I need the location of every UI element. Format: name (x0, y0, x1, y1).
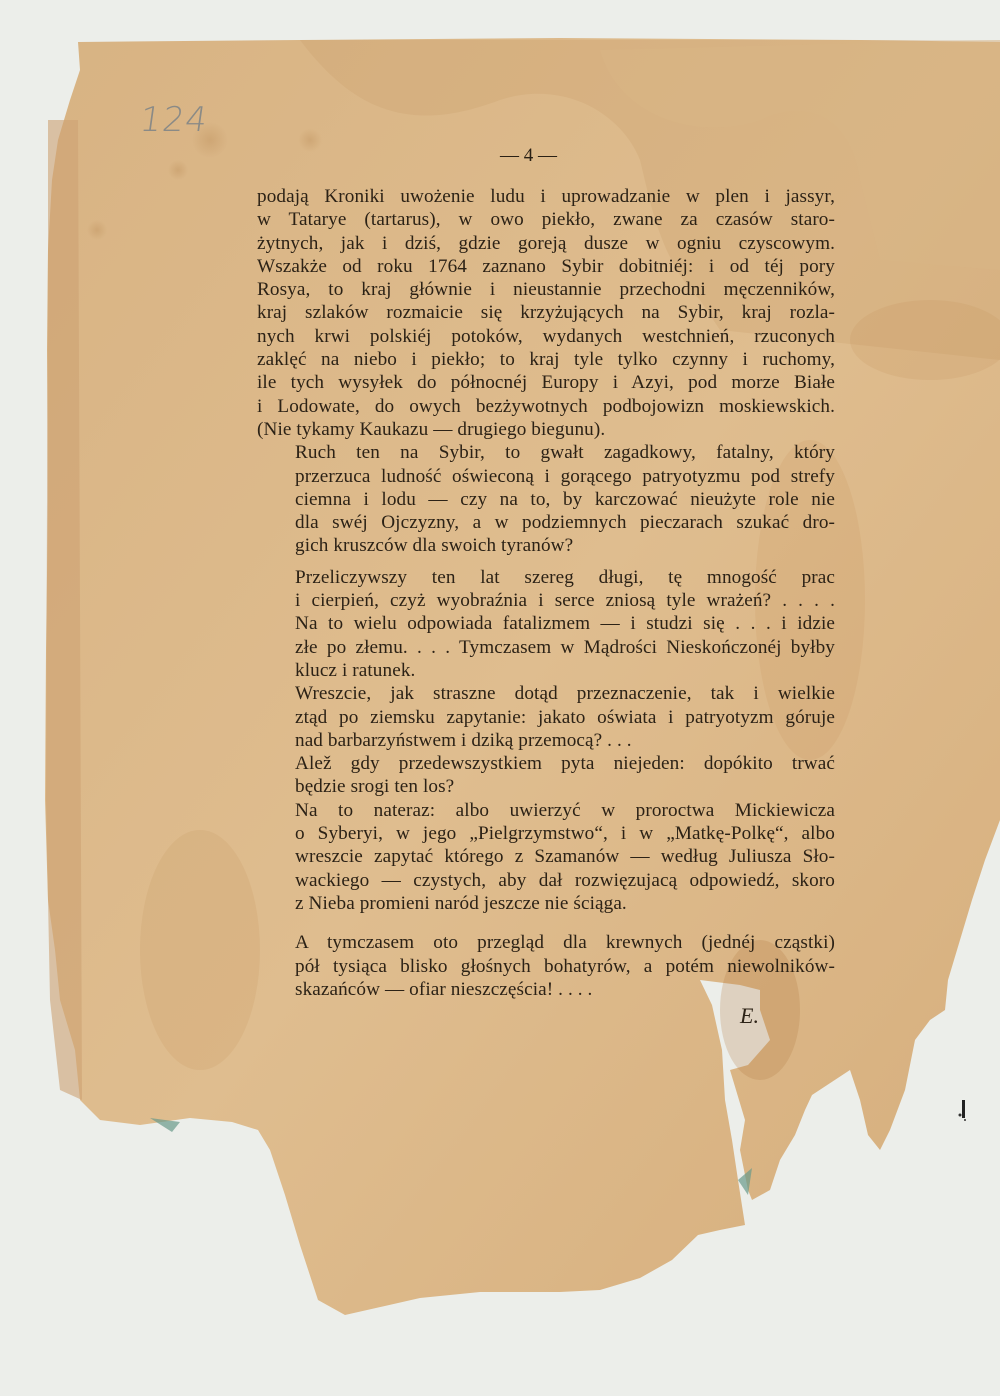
text-line: będzie srogi ten los? (257, 775, 835, 798)
text-line: i cierpień, czyż wyobraźnia i serce znio… (257, 589, 835, 612)
text-line: z Nieba promieni naród jeszcze nie ściąg… (257, 892, 835, 915)
paragraph-3: Przeliczywszy ten lat szereg długi, tę m… (257, 566, 835, 682)
author-signature: E. (740, 1003, 759, 1029)
text-line: zaklęć na niebo i piekło; to kraj tyle t… (257, 348, 835, 371)
text-line: Wszakże od roku 1764 zaznano Sybir dobit… (257, 255, 835, 278)
paragraph-7: A tymczasem oto przegląd dla krewnych (j… (257, 931, 835, 1001)
text-line: pół tysiąca blisko głośnych bohatyrów, a… (257, 955, 835, 978)
text-line: nych krwi polskiéj potoków, wydanych wes… (257, 325, 835, 348)
pencil-margin-note: 124 (137, 100, 211, 140)
text-line: ztąd po ziemsku zapytanie: jakato oświat… (257, 706, 835, 729)
text-line: i Lodowate, do owych bezżywotnych podboj… (257, 395, 835, 418)
body-text: podają Kroniki uwożenie ludu i uprowadza… (257, 185, 835, 1001)
text-line: Przeliczywszy ten lat szereg długi, tę m… (257, 566, 835, 589)
text-line: wreszcie zapytać którego z Szamanów — we… (257, 845, 835, 868)
text-line: ile tych wysyłek do północnéj Europy i A… (257, 371, 835, 394)
paragraph-2: Ruch ten na Sybir, to gwałt zagadkowy, f… (257, 441, 835, 557)
text-line: złe po złemu. . . . Tymczasem w Mądrości… (257, 636, 835, 659)
text-line: w Tatarye (tartarus), w owo piekło, zwan… (257, 208, 835, 231)
text-line: gich kruszców dla swoich tyranów? (257, 534, 835, 557)
text-line: przerzuca ludność oświeconą i gorącego p… (257, 465, 835, 488)
text-line: Ruch ten na Sybir, to gwałt zagadkowy, f… (257, 441, 835, 464)
text-line: nad barbarzyństwem i dziką przemocą? . .… (257, 729, 835, 752)
text-line: Alež gdy przedewszystkiem pyta niejeden:… (257, 752, 835, 775)
text-line: kraj szlaków rozmaicie się krzyżujących … (257, 301, 835, 324)
text-line: żytnych, jak i dziś, gdzie goreją dusze … (257, 232, 835, 255)
page-number: — 4 — (500, 145, 557, 167)
text-line: dla swéj Ojczyzny, a w podziemnych piecz… (257, 511, 835, 534)
text-line: (Nie tykamy Kaukazu — drugiego biegunu). (257, 418, 835, 441)
paragraph-6: Na to nateraz: albo uwierzyć w proroctwa… (257, 799, 835, 915)
text-line: skazańców — ofiar nieszczęścia! . . . . (257, 978, 835, 1001)
text-line: podają Kroniki uwożenie ludu i uprowadza… (257, 185, 835, 208)
text-line: A tymczasem oto przegląd dla krewnych (j… (257, 931, 835, 954)
text-line: ciemna i lodu — czy na to, by karczować … (257, 488, 835, 511)
text-line: klucz i ratunek. (257, 659, 835, 682)
paragraph-1: podają Kroniki uwożenie ludu i uprowadza… (257, 185, 835, 441)
text-line: Na to nateraz: albo uwierzyć w proroctwa… (257, 799, 835, 822)
text-line: o Syberyi, w jego „Pielgrzymstwo“, i w „… (257, 822, 835, 845)
text-line: Wreszcie, jak straszne dotąd przeznaczen… (257, 682, 835, 705)
text-line: Rosya, to kraj głównie i nieustannie prz… (257, 278, 835, 301)
paragraph-4: Wreszcie, jak straszne dotąd przeznaczen… (257, 682, 835, 752)
paragraph-5: Alež gdy przedewszystkiem pyta niejeden:… (257, 752, 835, 799)
text-line: wackiego — czystych, aby dał rozwięzujac… (257, 869, 835, 892)
text-line: Na to wielu odpowiada fatalizmem — i stu… (257, 612, 835, 635)
